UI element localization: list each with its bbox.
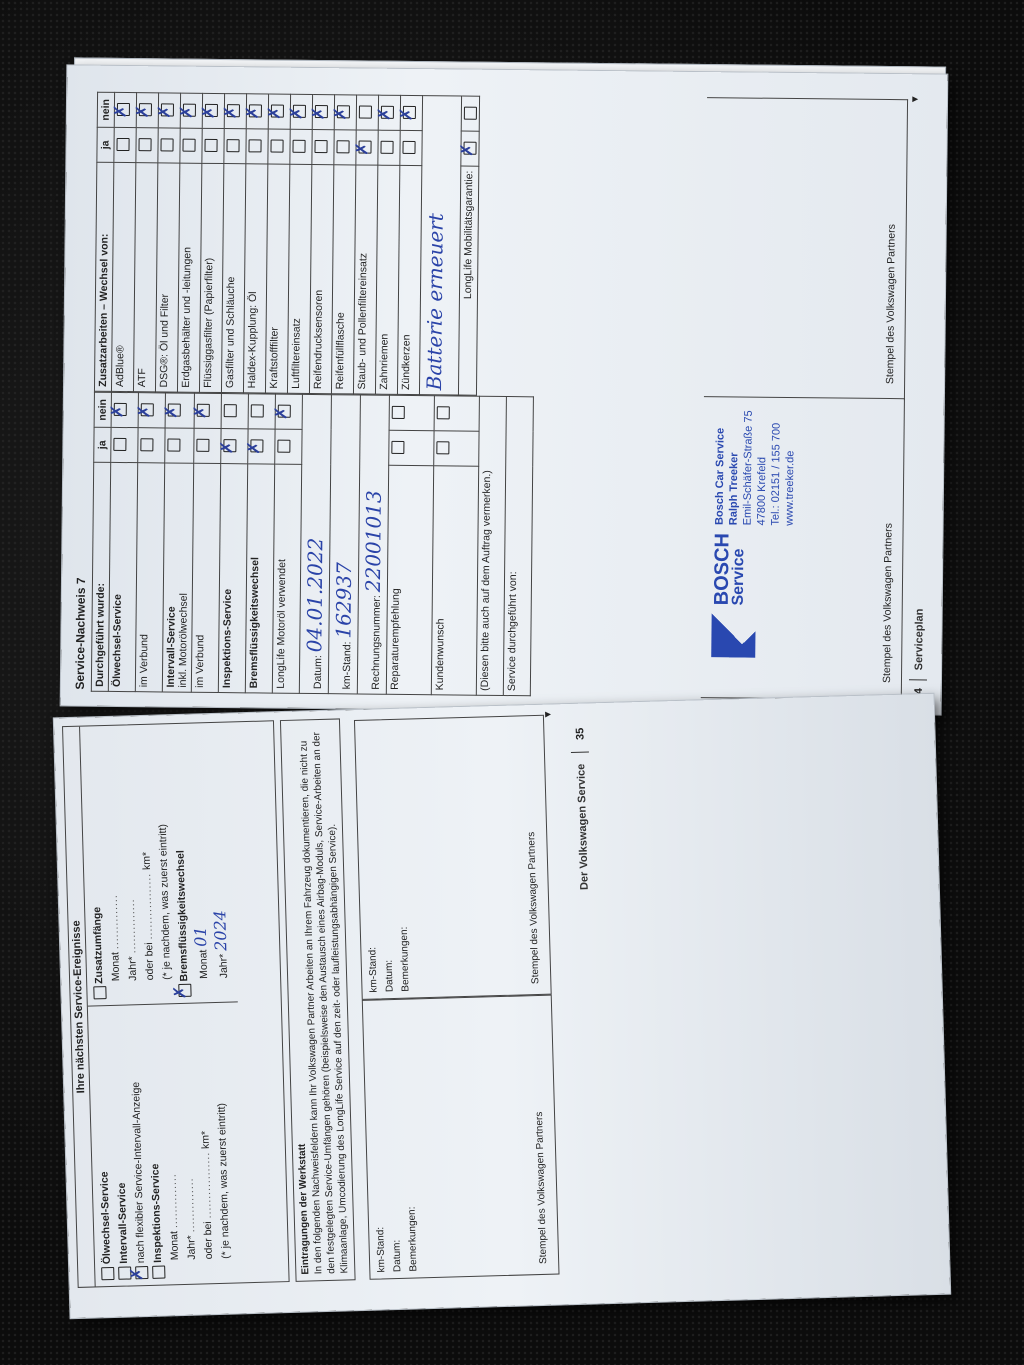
extra-work-label: Gasfilter und Schläuche (221, 164, 245, 393)
oder-bei-label: oder bei (143, 942, 156, 980)
performed-by-label: Service durchgeführt von: (503, 397, 533, 696)
extra-ja-checkbox[interactable] (116, 138, 129, 151)
performed-ja-checkbox[interactable] (250, 440, 263, 453)
workshop-stamp: BOSCH Service Bosch Car Service Ralph Tr… (711, 410, 798, 658)
extra-nein-checkbox[interactable] (139, 104, 152, 117)
extra-work-label: Luftfiltereinsatz (287, 164, 311, 393)
kundenwunsch-nein-checkbox[interactable] (437, 407, 450, 420)
running-head: Serviceplan (913, 74, 931, 670)
next-service-right-col: Zusatzumfänge Monat .............. Jahr*… (80, 722, 238, 1006)
stamp-line: Ralph Treeker (727, 410, 742, 525)
performed-row-label: im Verbund (135, 463, 164, 692)
extra-nein-checkbox[interactable] (403, 106, 416, 119)
performed-nein-checkbox[interactable] (114, 403, 127, 416)
order-note: (Diesen bitte auch auf dem Auftrag verme… (476, 396, 506, 695)
performed-nein-checkbox[interactable] (141, 404, 154, 417)
footer-divider (571, 751, 589, 753)
stamp-label: Stempel des Volkswagen Partners (524, 832, 544, 985)
extra-nein-checkbox[interactable] (293, 105, 306, 118)
rechnung-value[interactable]: 22001013 (361, 490, 386, 592)
extra-nein-checkbox[interactable] (117, 103, 130, 116)
performed-row-label: im Verbund (191, 463, 220, 692)
next-service-left-col: Ölwechsel-Service Intervall-Service nach… (88, 1002, 246, 1287)
performed-ja-checkbox[interactable] (140, 439, 153, 452)
extra-work-label: AdBlue® (111, 162, 135, 391)
extra-ja-checkbox[interactable] (336, 141, 349, 154)
extra-work-row: Zündkerzen (397, 95, 422, 394)
brems-monat-value[interactable]: 01 (191, 926, 211, 947)
stamp-line: www.treeker.de (783, 411, 798, 526)
km-label: km-Stand: (341, 641, 354, 689)
inspektion-checkbox[interactable] (152, 1266, 165, 1279)
performed-row: im Verbund (135, 393, 165, 692)
footer-divider (909, 679, 927, 680)
brems-checkbox[interactable] (178, 984, 191, 997)
extra-work-row: ATF (133, 93, 158, 392)
extra-work-row: Reifenfüllflasche (331, 95, 356, 394)
jahr-label: Jahr* (126, 956, 139, 981)
extra-work-row: Haldex-Kupplung: Öl (243, 94, 268, 393)
longlife-label: LongLife Mobilitätsgarantie: (458, 166, 478, 395)
extra-work-label: Erdgasbehälter und -leitungen (177, 163, 201, 392)
brems-label: Bremsflüssigkeitswechsel (175, 850, 191, 982)
extra-nein-checkbox[interactable] (161, 104, 174, 117)
extra-ja-checkbox[interactable] (380, 141, 393, 154)
km-suffix: km* (141, 852, 154, 870)
km-value[interactable]: 162937 (331, 562, 356, 639)
brems-jahr-value[interactable]: 2024 (210, 910, 230, 951)
extra-ja-checkbox[interactable] (358, 141, 371, 154)
monat-label: Monat (168, 1231, 181, 1261)
entry-box-2: km-Stand: Datum: Bemerkungen: Stempel de… (354, 715, 552, 1000)
extra-nein-checkbox[interactable] (381, 106, 394, 119)
stamp-label: Stempel des Volkswagen Partners (532, 1111, 552, 1264)
performed-row-label: Bremsflüssigkeitswechsel (245, 464, 274, 693)
extra-ja-checkbox[interactable] (138, 139, 151, 152)
extra-work-row: Reifendrucksensoren (309, 94, 334, 393)
extra-ja-checkbox[interactable] (270, 140, 283, 153)
oelwechsel-label: Ölwechsel-Service (98, 1171, 113, 1264)
stamp-label: Stempel des Volkswagen Partners (884, 224, 898, 384)
stamp-label: Stempel des Volkswagen Partners (881, 523, 895, 683)
flexibel-checkbox[interactable] (135, 1266, 148, 1279)
extra-ja-checkbox[interactable] (248, 140, 261, 153)
performed-ja-checkbox[interactable] (167, 439, 180, 452)
stamp-line: 47800 Krefeld (755, 410, 770, 525)
performed-row: Inspektions-Service (218, 394, 248, 693)
km-suffix: km* (199, 1131, 212, 1149)
longlife-ja-checkbox[interactable] (463, 142, 476, 155)
datum-label: Datum: (312, 655, 324, 689)
performed-nein-checkbox[interactable] (251, 405, 264, 418)
extra-nein-checkbox[interactable] (271, 105, 284, 118)
rechnung-label: Rechnungsnummer: (370, 595, 383, 690)
right-page-content: Ihre nächsten Service-Ereignisse Ölwechs… (54, 694, 950, 1318)
performed-nein-checkbox[interactable] (168, 404, 181, 417)
stamp-line: Tel.: 02151 / 155 700 (769, 411, 784, 526)
zusatz-label: Zusatzumfänge (91, 907, 105, 984)
performed-row-label: Ölwechsel-Service (108, 462, 137, 691)
performed-nein-checkbox[interactable] (224, 405, 237, 418)
inspektion-label: Inspektions-Service (149, 1163, 164, 1263)
kundenwunsch-label: Kundenwunsch (431, 466, 478, 695)
reparatur-ja-checkbox[interactable] (391, 441, 404, 454)
right-page: Ihre nächsten Service-Ereignisse Ölwechs… (54, 694, 950, 1318)
stamp-line: Bosch Car Service (713, 410, 728, 525)
oder-bei-label: oder bei (202, 1221, 215, 1259)
stamp-box-2: Stempel des Volkswagen Partners ▼ (704, 97, 908, 400)
extra-work-table: Zusatzarbeiten – Wechsel von: ja nein Ad… (94, 92, 480, 396)
bosch-logo-icon (711, 613, 755, 657)
extra-work-label: ATF (133, 163, 157, 392)
performed-row: Intervall-Serviceinkl. Motorölwechsel (162, 393, 194, 692)
jahr-label: Jahr* (217, 954, 230, 979)
extra-work-label: Haldex-Kupplung: Öl (243, 164, 267, 393)
left-page: Service-Nachweis 7 Durchgeführt wurde: j… (61, 65, 948, 714)
performed-row: im Verbund (191, 393, 221, 692)
extra-nein-checkbox[interactable] (359, 106, 372, 119)
page-number: 35 (574, 728, 586, 741)
jahr-label: Jahr* (185, 1235, 198, 1260)
extra-nein-checkbox[interactable] (205, 104, 218, 117)
performed-row: LongLife Motoröl verwendet (272, 394, 302, 693)
page-title: Service-Nachweis 7 (73, 577, 88, 689)
arrow-down-icon: ▼ (541, 709, 557, 719)
extra-work-row: AdBlue® (111, 92, 136, 391)
performed-ja-checkbox[interactable] (113, 438, 126, 451)
running-head: Der Volkswagen Service (575, 764, 591, 891)
extra-work-row: Kraftstofffilter (265, 94, 290, 393)
extra-work-row: Zahnriemen (375, 95, 400, 394)
intervall-label: Intervall-Service (116, 1182, 130, 1263)
extra-nein-checkbox[interactable] (227, 105, 240, 118)
extra-ja-checkbox[interactable] (402, 141, 415, 154)
performed-row-label: LongLife Motoröl verwendet (272, 464, 301, 693)
extra-work-label: Zahnriemen (375, 165, 399, 394)
extra-work-row: Gasfilter und Schläuche (221, 94, 246, 393)
extra-work-row: Flüssiggasfilter (Papierfilter) (199, 93, 224, 392)
extra-work-row: Luftfiltereinsatz (287, 94, 312, 393)
performed-row-label: Inspektions-Service (218, 464, 247, 693)
handwritten-note[interactable]: Batterie erneuert (422, 213, 448, 390)
extra-nein-checkbox[interactable] (183, 104, 196, 117)
flexibel-label: nach flexibler Service-Intervall-Anzeige (130, 1082, 147, 1264)
extra-ja-checkbox[interactable] (292, 140, 305, 153)
performed-nein-checkbox[interactable] (278, 405, 291, 418)
extra-ja-checkbox[interactable] (182, 139, 195, 152)
extra-work-label: Staub- und Pollenfiltereinsatz (353, 165, 377, 394)
workshop-entries-box: Eintragungen der Werkstatt In den folgen… (280, 718, 356, 1281)
col-ja: ja (97, 127, 114, 162)
stamp-line: Emil-Schäfer-Straße 75 (741, 410, 756, 525)
extra-work-row: Erdgasbehälter und -leitungen (177, 93, 202, 392)
extra-work-label: Kraftstofffilter (265, 164, 289, 393)
extra-work-label: Reifenfüllflasche (331, 165, 355, 394)
monat-label: Monat (109, 952, 122, 982)
datum-value[interactable]: 04.01.2022 (302, 538, 327, 653)
extra-work-label: Reifendrucksensoren (309, 164, 333, 393)
extra-ja-checkbox[interactable] (314, 141, 327, 154)
col-ja: ja (94, 427, 111, 462)
performed-row: Ölwechsel-Service (108, 392, 138, 691)
performed-row: Bremsflüssigkeitswechsel (245, 394, 275, 693)
extra-work-label: DSG®: Öl und Filter (155, 163, 179, 392)
performed-ja-checkbox[interactable] (196, 439, 209, 452)
extra-work-row: Staub- und Pollenfiltereinsatz (353, 95, 378, 394)
reparatur-label: Reparaturempfehlung (386, 465, 433, 694)
performed-row-label: Intervall-Serviceinkl. Motorölwechsel (162, 463, 193, 692)
performed-table: Durchgeführt wurde: ja nein Ölwechsel-Se… (91, 392, 534, 697)
performed-ja-checkbox[interactable] (223, 440, 236, 453)
performed-ja-checkbox[interactable] (277, 440, 290, 453)
kundenwunsch-ja-checkbox[interactable] (436, 442, 449, 455)
extra-nein-checkbox[interactable] (249, 105, 262, 118)
extra-ja-checkbox[interactable] (204, 139, 217, 152)
oelwechsel-checkbox[interactable] (101, 1267, 114, 1280)
zusatz-checkbox[interactable] (93, 987, 106, 1000)
reparatur-nein-checkbox[interactable] (392, 406, 405, 419)
next-service-box: Ihre nächsten Service-Ereignisse Ölwechs… (62, 720, 290, 1288)
extra-work-row: DSG®: Öl und Filter (155, 93, 180, 392)
extra-nein-checkbox[interactable] (315, 106, 328, 119)
extra-nein-checkbox[interactable] (337, 106, 350, 119)
entry-box-1: km-Stand: Datum: Bemerkungen: Stempel de… (362, 995, 560, 1280)
performed-nein-checkbox[interactable] (197, 404, 210, 417)
stamp-brand-sub: Service (732, 533, 747, 605)
extra-work-label: Zündkerzen (397, 165, 421, 394)
stamp-box-1: BOSCH Service Bosch Car Service Ralph Tr… (701, 396, 905, 700)
monat-label: Monat (197, 949, 210, 979)
longlife-nein-checkbox[interactable] (464, 107, 477, 120)
extra-ja-checkbox[interactable] (160, 139, 173, 152)
left-page-content: Service-Nachweis 7 Durchgeführt wurde: j… (61, 65, 948, 714)
extra-work-label: Flüssiggasfilter (Papierfilter) (199, 163, 223, 392)
extra-ja-checkbox[interactable] (226, 140, 239, 153)
